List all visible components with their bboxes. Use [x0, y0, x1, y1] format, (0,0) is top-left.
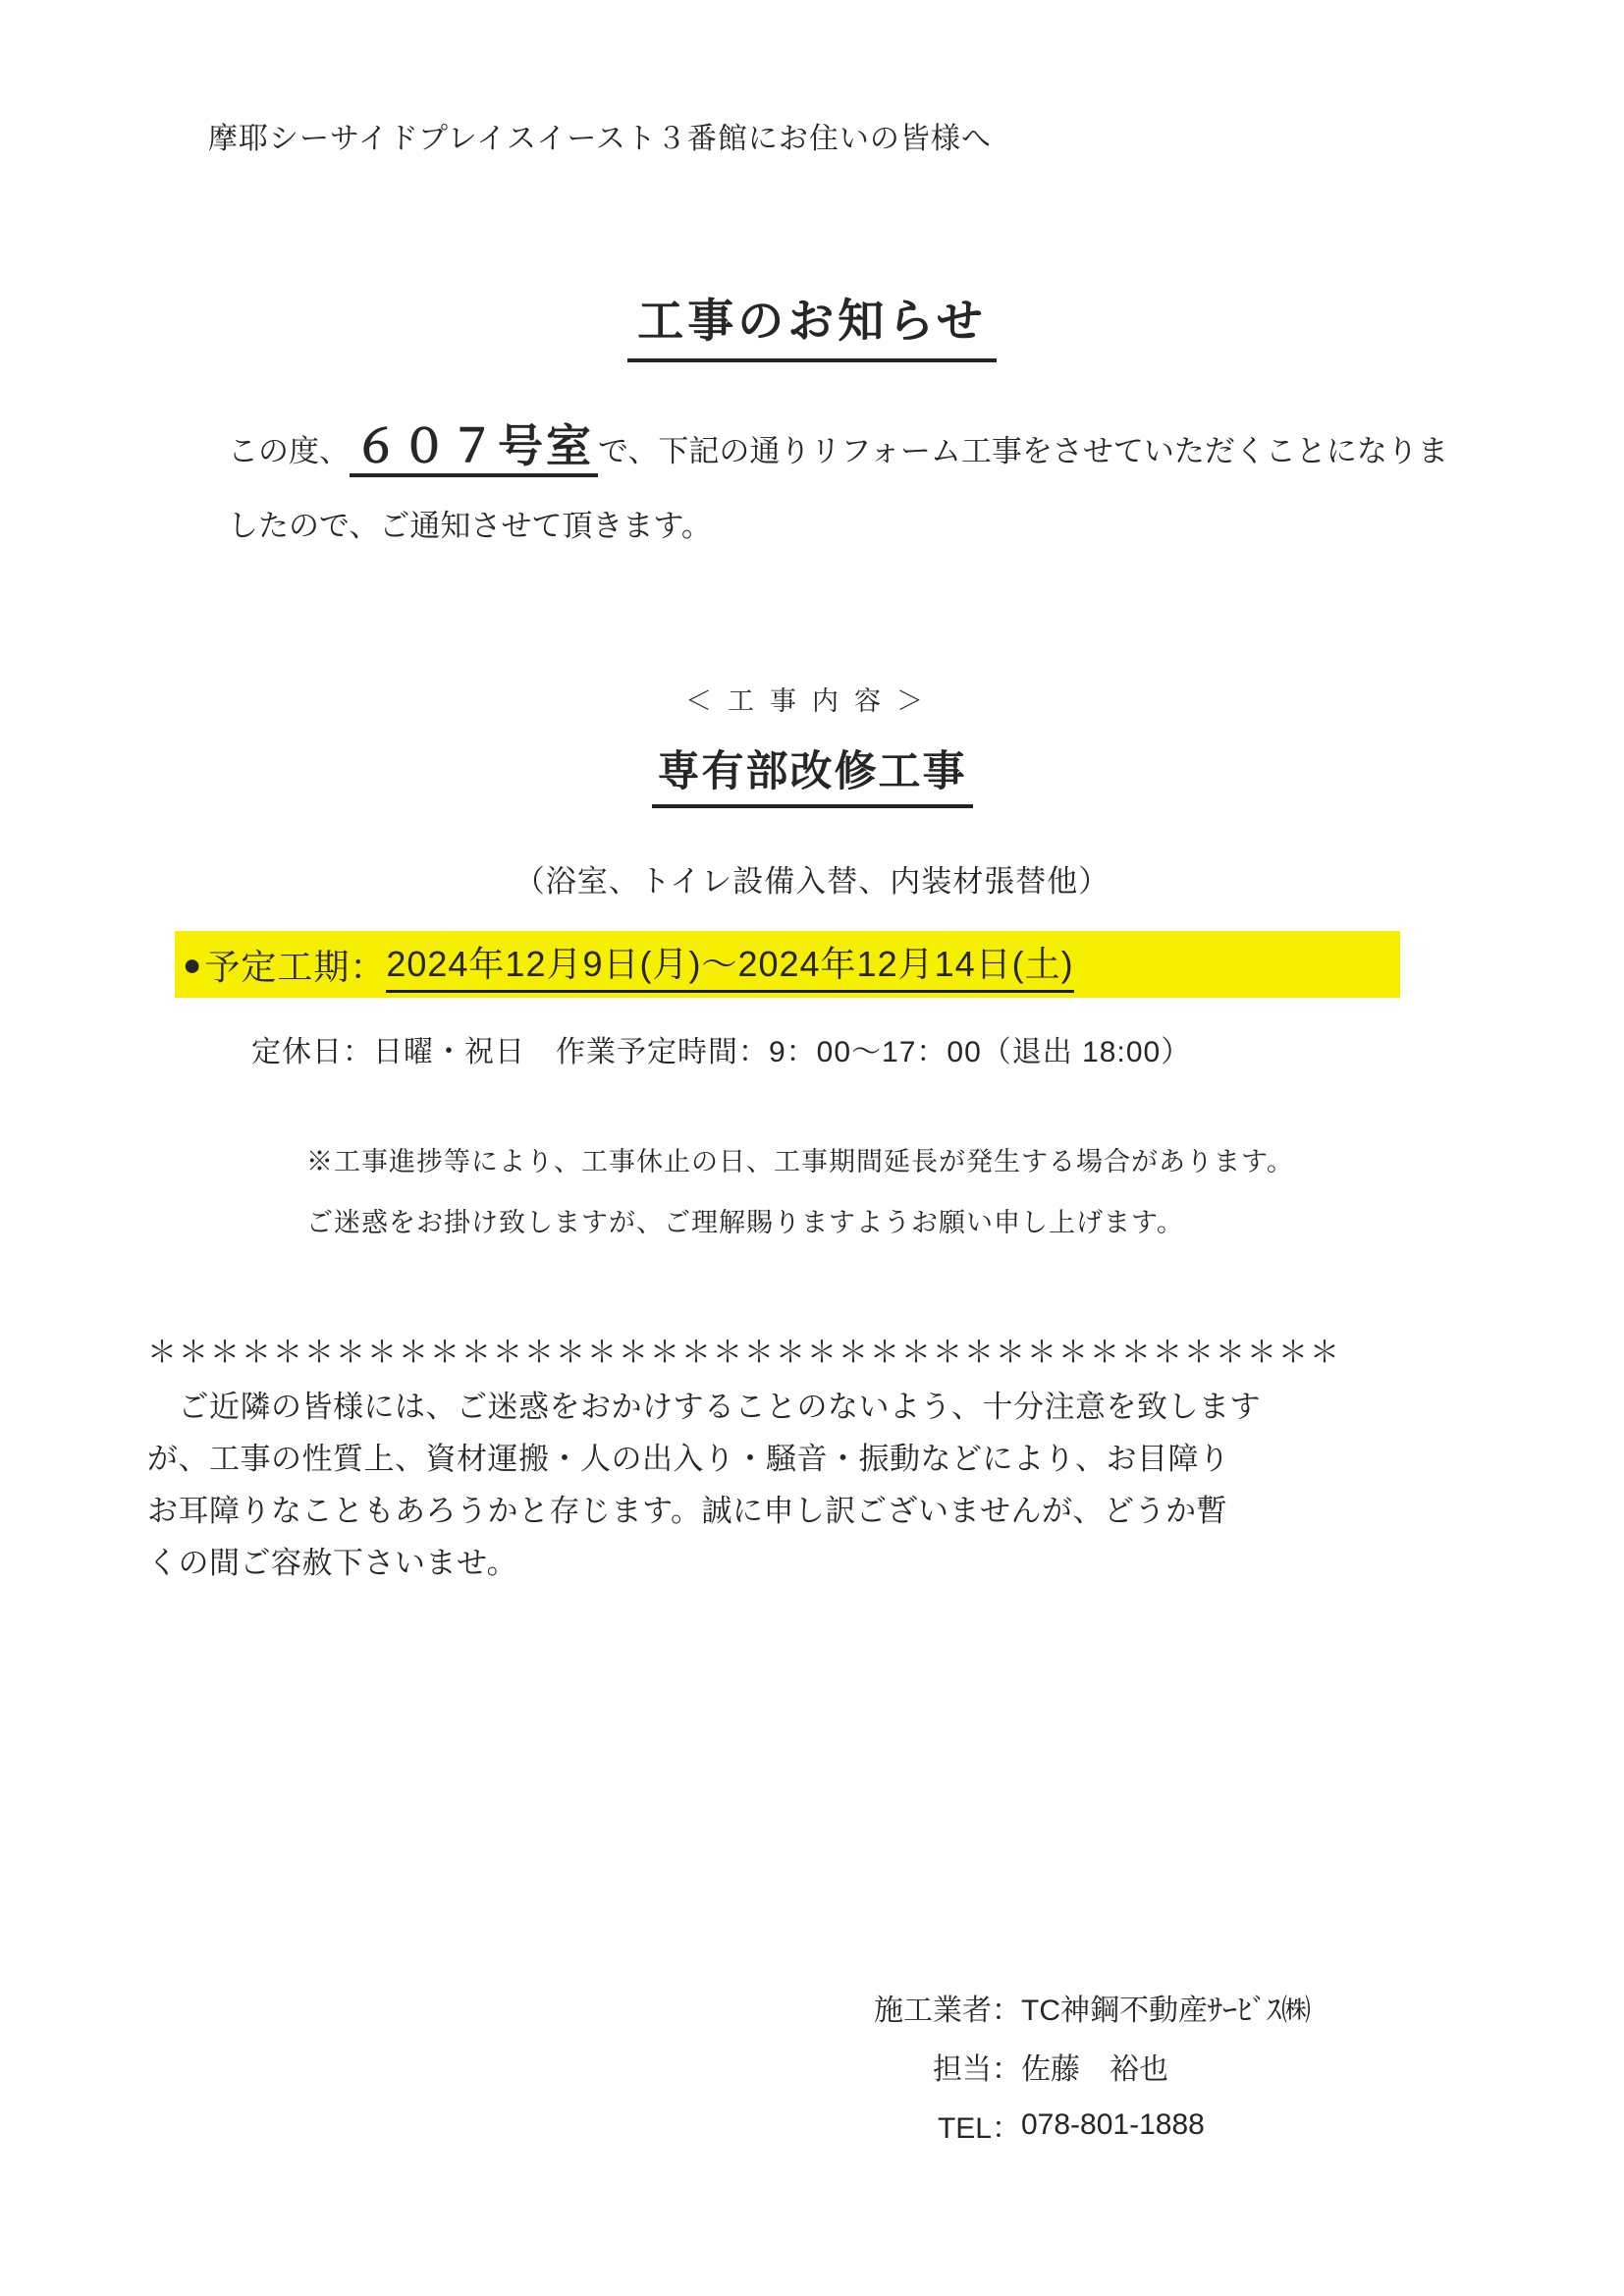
schedule-highlight: ● 予定工期： 2024年12月9日(月)～2024年12月14日(土): [175, 931, 1400, 998]
apology-paragraph: ご近隣の皆様には、ご迷惑をおかけすることのないよう、十分注意を致します が、工事…: [147, 1381, 1463, 1589]
separator-line: ＊＊＊＊＊＊＊＊＊＊＊＊＊＊＊＊＊＊＊＊＊＊＊＊＊＊＊＊＊＊＊＊＊＊＊＊＊＊: [147, 1328, 1463, 1371]
note-line: ※工事進捗等により、工事休止の日、工事期間延長が発生する場合があります。: [306, 1131, 1294, 1192]
section-label-work-contents: ＜工事内容＞: [0, 680, 1624, 718]
recipient-line: 摩耶シーサイドプレイスイースト３番館にお住いの皆様へ: [208, 114, 992, 157]
intro-paragraph: この度、６０７号室で、下記の通りリフォーム工事をさせていただくことになりましたの…: [228, 409, 1475, 564]
contact-block: 施工業者： TC神鋼不動産ｻｰﾋﾞｽ㈱ 担当： 佐藤 裕也 TEL： 078-8…: [805, 1978, 1311, 2155]
note-line: ご迷惑をお掛け致しますが、ご理解賜りますようお願い申し上げます。: [306, 1192, 1294, 1253]
contact-value-tel: 078-801-1888: [1021, 2108, 1205, 2142]
bullet-icon: ●: [183, 947, 202, 983]
contact-value-contractor: TC神鋼不動産ｻｰﾋﾞｽ㈱: [1021, 1986, 1311, 2029]
contact-row: 担当： 佐藤 裕也: [805, 2037, 1311, 2096]
contact-row: TEL： 078-801-1888: [805, 2096, 1311, 2155]
notice-page: 摩耶シーサイドプレイスイースト３番館にお住いの皆様へ 工事のお知らせ この度、６…: [0, 0, 1624, 2296]
schedule-notes: ※工事進捗等により、工事休止の日、工事期間延長が発生する場合があります。 ご迷惑…: [306, 1131, 1294, 1253]
contact-label-person: 担当：: [805, 2045, 1021, 2088]
page-title-wrap: 工事のお知らせ: [0, 285, 1624, 362]
schedule-period: 2024年12月9日(月)～2024年12月14日(土): [386, 937, 1073, 993]
work-detail: （浴室、トイレ設備入替、内装材張替他）: [0, 856, 1624, 901]
work-title-wrap: 専有部改修工事: [0, 738, 1624, 808]
schedule-label: 予定工期：: [204, 940, 386, 990]
room-number: ６０７号室: [350, 420, 598, 477]
contact-value-person: 佐藤 裕也: [1021, 2045, 1168, 2088]
contact-row: 施工業者： TC神鋼不動産ｻｰﾋﾞｽ㈱: [805, 1978, 1311, 2037]
hours-line: 定休日：日曜・祝日 作業予定時間：9：00～17：00（退出 18:00）: [251, 1027, 1191, 1070]
work-title: 専有部改修工事: [652, 738, 973, 808]
contact-label-contractor: 施工業者：: [805, 1986, 1021, 2029]
page-title: 工事のお知らせ: [627, 285, 997, 362]
contact-label-tel: TEL：: [805, 2104, 1021, 2147]
intro-lead: この度、: [228, 434, 350, 468]
